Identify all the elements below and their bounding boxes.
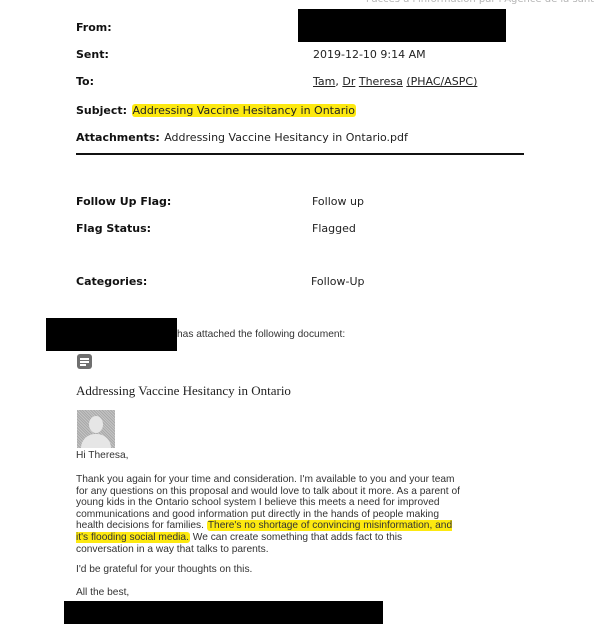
from-label: From: [76, 21, 112, 34]
signoff: All the best, [76, 587, 129, 599]
categories-value: Follow-Up [311, 275, 365, 288]
message-paragraph-2: I'd be grateful for your thoughts on thi… [76, 564, 252, 576]
to-firstname-link[interactable]: Theresa [359, 75, 403, 88]
subject-value: Addressing Vaccine Hesitancy in Ontario [132, 104, 357, 117]
redacted-sender [298, 9, 506, 42]
document-icon[interactable] [77, 354, 92, 369]
subject-row: Subject: Addressing Vaccine Hesitancy in… [76, 101, 356, 119]
sent-label: Sent: [76, 48, 109, 61]
flag-status-value: Flagged [312, 222, 356, 235]
redacted-sender-name [46, 318, 177, 351]
follow-up-flag-label: Follow Up Flag: [76, 195, 171, 208]
redacted-signature [64, 601, 383, 624]
to-lastname-link[interactable]: Tam [313, 75, 335, 88]
attachment-file[interactable]: Addressing Vaccine Hesitancy in Ontario.… [164, 131, 408, 144]
attached-notice: has attached the following document: [177, 329, 345, 341]
sent-value: 2019-12-10 9:14 AM [313, 48, 426, 61]
to-label: To: [76, 75, 94, 88]
greeting: Hi Theresa, [76, 450, 128, 462]
to-value[interactable]: Tam, Dr Theresa (PHAC/ASPC) [313, 75, 477, 88]
message-paragraph-1: Thank you again for your time and consid… [76, 474, 462, 555]
flag-status-label: Flag Status: [76, 222, 151, 235]
attachments-label: Attachments: [76, 131, 160, 144]
attachments-row: Attachments: Addressing Vaccine Hesitanc… [76, 128, 408, 146]
follow-up-flag-value: Follow up [312, 195, 364, 208]
to-org-link[interactable]: (PHAC/ASPC) [406, 75, 477, 88]
header-divider [76, 153, 524, 155]
to-title-link[interactable]: Dr [342, 75, 355, 88]
categories-label: Categories: [76, 275, 147, 288]
document-title[interactable]: Addressing Vaccine Hesitancy in Ontario [76, 383, 291, 399]
subject-label: Subject: [76, 104, 127, 117]
watermark-text: l'accès à l'information par l'Agence de … [366, 0, 594, 5]
default-avatar-icon [77, 410, 115, 448]
